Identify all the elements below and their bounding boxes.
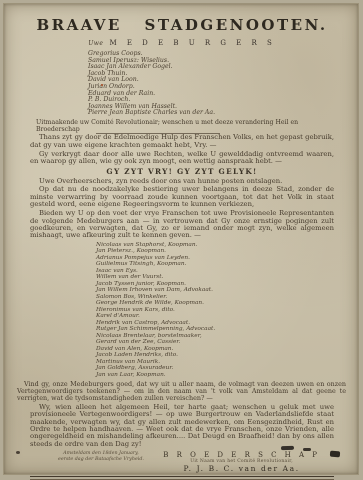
subtitle-main: M E D E B U R G E R S	[109, 39, 275, 47]
committee-name-list: Gregorius Coops.Samuel Iperusz: Wiselius…	[88, 51, 334, 117]
ink-underline	[96, 133, 220, 134]
dateline: Amsteldam den 18den January, eerste dag …	[58, 451, 144, 462]
ink-stain	[303, 448, 311, 451]
subtitle-prefix: Uwe	[88, 40, 103, 47]
list-item: Jan van Laar, Koopman.	[96, 372, 334, 379]
signature-name: P. J. B. C. van der Aa.	[163, 465, 320, 474]
ink-stain	[16, 451, 20, 454]
dateline-era: eerste dag der Bataafsche Vryheid.	[58, 457, 144, 463]
paragraph-order: Op dat nu de noodzakelyke bestiering uwe…	[30, 186, 334, 208]
paragraph-offer: Bieden wy U op den voet der vrye Fransch…	[30, 210, 334, 240]
broadside-page: BRAAVE STADGENOOTEN. UweM E D E B U R G …	[3, 3, 359, 475]
representatives-list: Nicolaas van Staphorst, Koopman.Jan Piet…	[96, 242, 334, 379]
ink-stain	[281, 446, 294, 450]
committee-line: Uitmaakende uw Comité Revolutionair; wen…	[36, 119, 334, 133]
page-title: BRAAVE STADGENOOTEN.	[30, 17, 334, 34]
paragraph-rulers: Uwe Overheerschers, zyn reeds door ons v…	[30, 178, 334, 185]
paragraph-closing: Wy, wien alleen het algemeen Heil, ter h…	[30, 404, 334, 448]
closing-block: B R O E D E R S C H A P Uit Naam van het…	[163, 451, 320, 473]
horizontal-rule	[30, 476, 334, 480]
paragraph-rights: Gy verkrygt daar door alle uwe Rechten, …	[30, 151, 334, 166]
ink-stain	[330, 451, 340, 458]
red-ink-speck	[101, 84, 103, 86]
paragraph-freedom: Thans zyt gy door de Edelmoedige Hulp de…	[30, 134, 334, 149]
list-item: Pierre Jean Baptiste Charles van der Aa.	[88, 110, 334, 117]
scanned-broadside: BRAAVE STADGENOOTEN. UweM E D E B U R G …	[0, 0, 363, 480]
slogan-line: GY ZYT VRY! GY ZYT GELYK!	[30, 168, 334, 177]
paragraph-mandate: Vind gy, onze Medeburgers goed, dat wy u…	[17, 381, 346, 402]
signature-row: Amsteldam den 18den January, eerste dag …	[30, 451, 334, 473]
subtitle: UweM E D E B U R G E R S	[30, 35, 334, 48]
